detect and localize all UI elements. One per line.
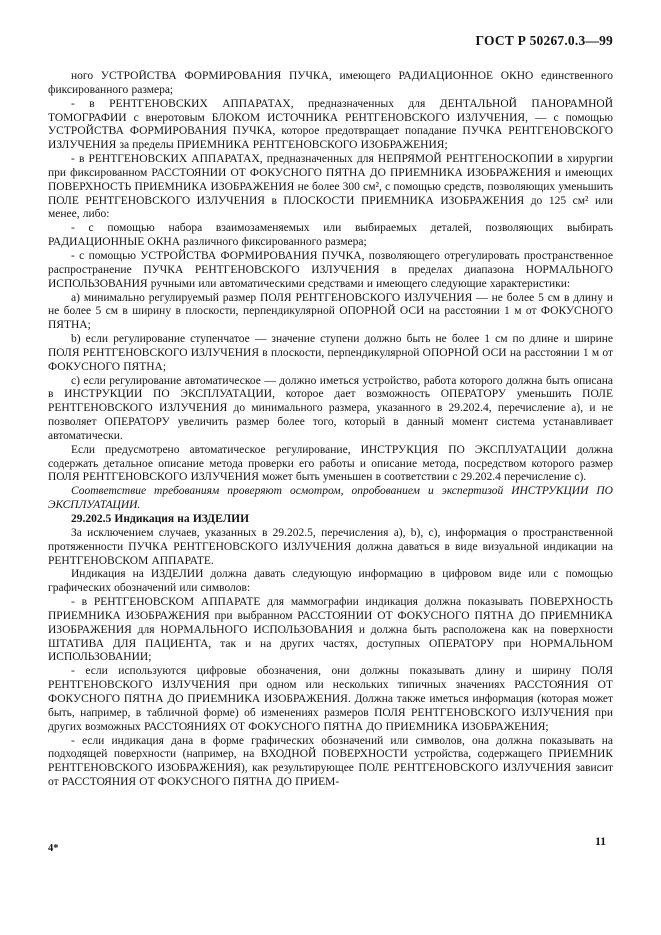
- paragraph-mammography-indication: - в РЕНТГЕНОВСКОМ АППАРАТЕ для маммограф…: [48, 596, 613, 665]
- paragraph-graphic-indication: - если индикация дана в форме графически…: [48, 735, 613, 790]
- paragraph-numeric-indication: - если используются цифровые обозначения…: [48, 665, 613, 734]
- paragraph-indirect-radioscopy: - в РЕНТГЕНОВСКИХ АППАРАТАХ, предназначе…: [48, 153, 613, 222]
- paragraph-item-a: а) минимально регулируемый размер ПОЛЯ Р…: [48, 292, 613, 334]
- paragraph-indication-info: Индикация на ИЗДЕЛИИ должна давать следу…: [48, 568, 613, 596]
- print-signature-mark: 4*: [48, 843, 59, 854]
- paragraph-auto-regulation: Если предусмотрено автоматическое регули…: [48, 444, 613, 486]
- document-body: ного УСТРОЙСТВА ФОРМИРОВАНИЯ ПУЧКА, имею…: [48, 70, 613, 848]
- standard-number-header: ГОСТ Р 50267.0.3—99: [48, 33, 613, 49]
- paragraph-beam-forming-device: - с помощью УСТРОЙСТВА ФОРМИРОВАНИЯ ПУЧК…: [48, 250, 613, 292]
- page-number: 11: [595, 836, 606, 848]
- clause-heading-29-202-5: 29.202.5 Индикация на ИЗДЕЛИИ: [48, 513, 613, 527]
- compliance-check-note: Соответствие требованиям проверяют осмот…: [48, 485, 613, 513]
- paragraph-item-c: с) если регулирование автоматическое — д…: [48, 375, 613, 444]
- document-page: ГОСТ Р 50267.0.3—99 ного УСТРОЙСТВА ФОРМ…: [0, 0, 661, 935]
- paragraph-item-b: b) если регулирование ступенчатое — знач…: [48, 333, 613, 375]
- paragraph-interchangeable-parts: - с помощью набора взаимозаменяемых или …: [48, 222, 613, 250]
- paragraph-continuation: ного УСТРОЙСТВА ФОРМИРОВАНИЯ ПУЧКА, имею…: [48, 70, 613, 98]
- paragraph-dental-panoramic: - в РЕНТГЕНОВСКИХ АППАРАТАХ, предназначе…: [48, 98, 613, 153]
- paragraph-indication-exceptions: За исключением случаев, указанных в 29.2…: [48, 527, 613, 569]
